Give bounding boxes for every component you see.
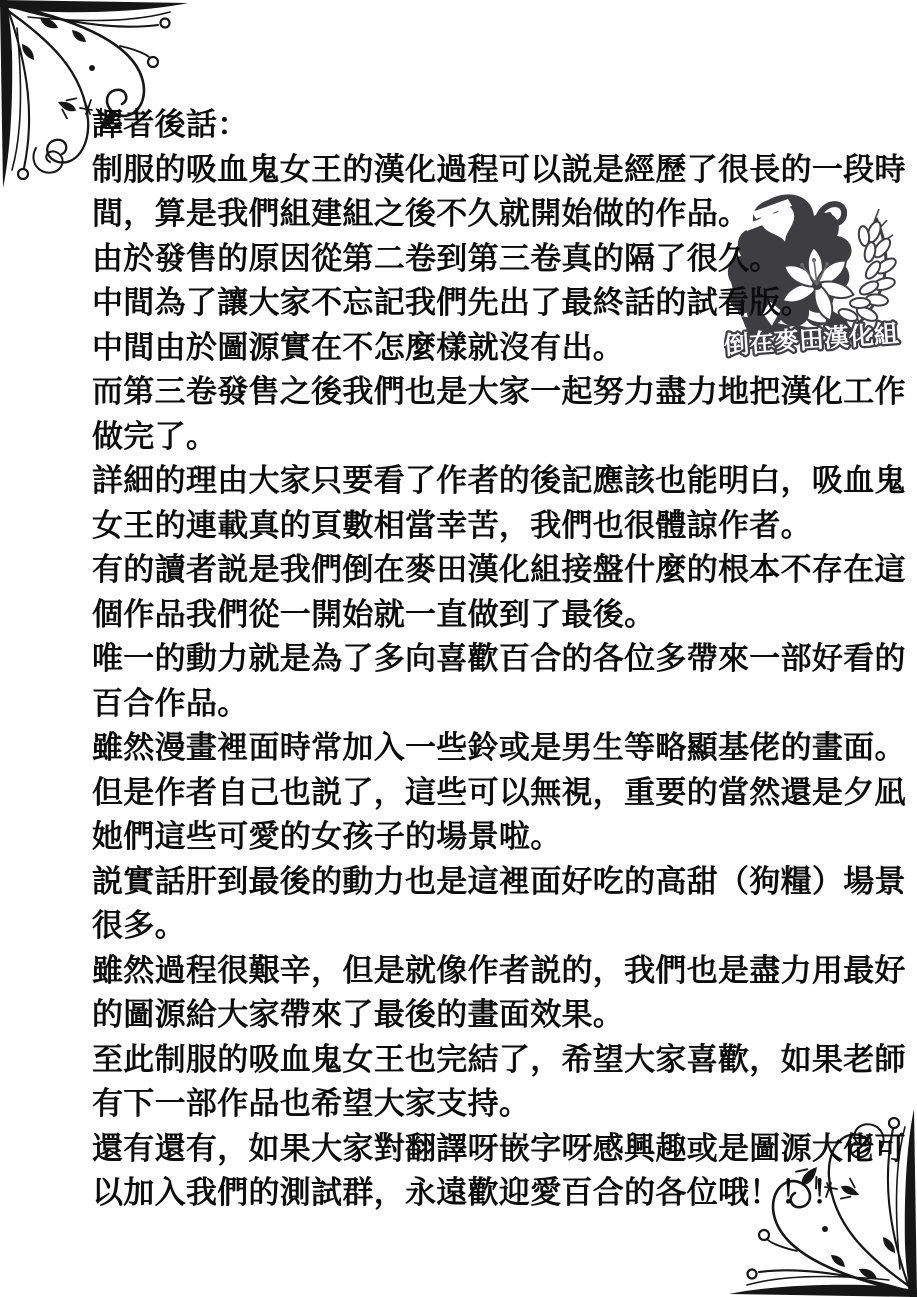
afterword-line: 而第三卷發售之後我們也是大家一起努力盡力地把漢化工作 — [92, 370, 887, 415]
afterword-line: 至此制服的吸血鬼女王也完結了，希望大家喜歡，如果老師 — [92, 1038, 887, 1083]
afterword-line: 雖然過程很艱辛，但是就像作者説的，我們也是盡力用最好 — [92, 949, 887, 994]
afterword-line: 間，算是我們組建組之後不久就開始做的作品。 — [92, 192, 887, 237]
afterword-line: 以加入我們的測試群，永遠歡迎愛百合的各位哦！！！ — [92, 1171, 887, 1216]
afterword-line: 很多。 — [92, 904, 887, 949]
afterword-line: 有下一部作品也希望大家支持。 — [92, 1082, 887, 1127]
afterword-line: 唯一的動力就是為了多向喜歡百合的各位多帶來一部好看的 — [92, 637, 887, 682]
afterword-line: 百合作品。 — [92, 682, 887, 727]
afterword-line: 做完了。 — [92, 415, 887, 460]
afterword-line: 詳細的理由大家只要看了作者的後記應該也能明白，吸血鬼 — [92, 459, 887, 504]
afterword-text-block: 譯者後話： 制服的吸血鬼女王的漢化過程可以説是經歷了很長的一段時 間，算是我們組… — [92, 103, 887, 1216]
afterword-line: 中間由於圖源實在不怎麼樣就沒有出。 — [92, 326, 887, 371]
afterword-line: 還有還有，如果大家對翻譯呀嵌字呀感興趣或是圖源大佬可 — [92, 1127, 887, 1172]
afterword-line: 説實話肝到最後的動力也是這裡面好吃的高甜（狗糧）場景 — [92, 860, 887, 905]
afterword-line: 由於發售的原因從第二卷到第三卷真的隔了很久。 — [92, 237, 887, 282]
afterword-line: 女王的連載真的頁數相當幸苦，我們也很體諒作者。 — [92, 504, 887, 549]
afterword-line: 制服的吸血鬼女王的漢化過程可以説是經歷了很長的一段時 — [92, 148, 887, 193]
afterword-line: 中間為了讓大家不忘記我們先出了最終話的試看版。 — [92, 281, 887, 326]
afterword-heading: 譯者後話： — [92, 103, 887, 148]
afterword-line: 有的讀者説是我們倒在麥田漢化組接盤什麼的根本不存在這 — [92, 548, 887, 593]
afterword-line: 但是作者自己也説了，這些可以無視，重要的當然還是夕凪 — [92, 771, 887, 816]
afterword-page: 倒在麥田漢化組 譯者後話： 制服的吸血鬼女王的漢化過程可以説是經歷了很長的一段時… — [0, 0, 917, 1297]
afterword-line: 個作品我們從一開始就一直做到了最後。 — [92, 593, 887, 638]
afterword-line: 的圖源給大家帶來了最後的畫面效果。 — [92, 993, 887, 1038]
afterword-line: 她們這些可愛的女孩子的場景啦。 — [92, 815, 887, 860]
afterword-line: 雖然漫畫裡面時常加入一些鈴或是男生等略顯基佬的畫面。 — [92, 726, 887, 771]
